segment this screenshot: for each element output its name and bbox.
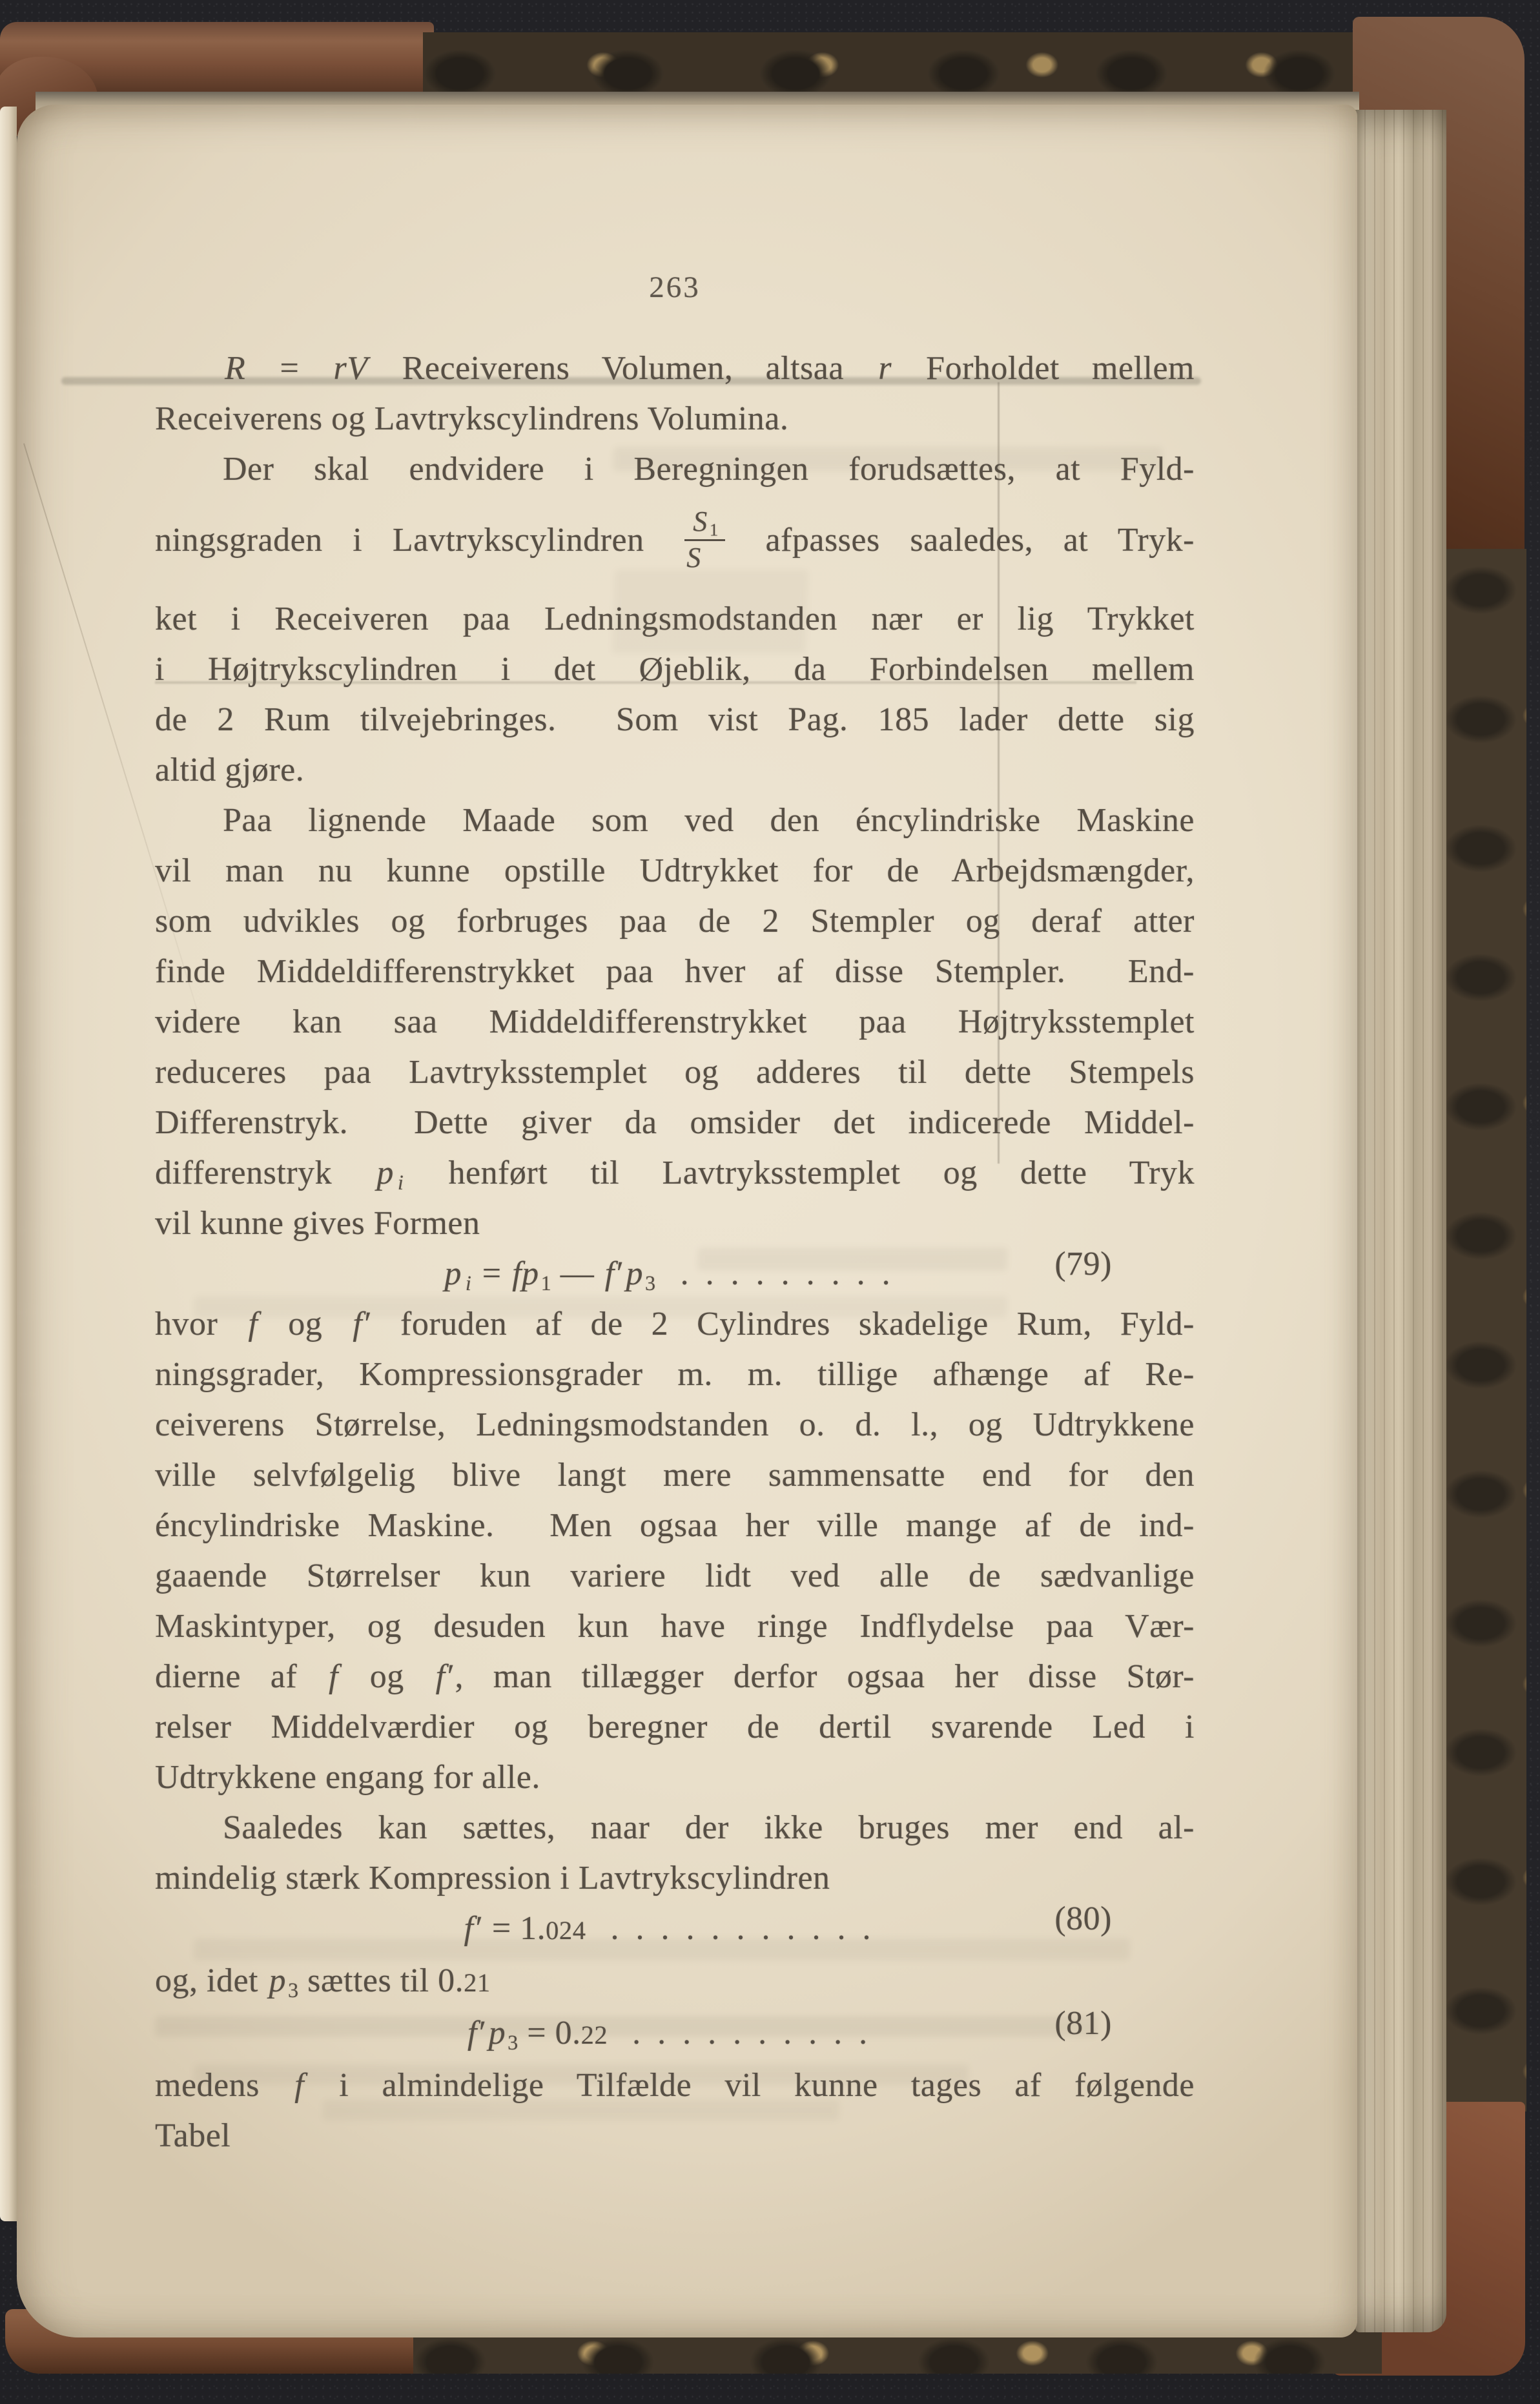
text-line: R = rV Receiverens Volumen, altsaa r For… bbox=[155, 344, 1195, 394]
text-line: Differenstryk. Dette giver da omsider de… bbox=[155, 1098, 1195, 1148]
text-line: mindelig stærk Kompression i Lavtrykscyl… bbox=[155, 1853, 1195, 1904]
equation-dots: .......... bbox=[632, 2015, 884, 2051]
book-page: 263 R = rV Receiverens Volumen, altsaa r… bbox=[17, 105, 1357, 2337]
text-line: ville selvfølgelig blive langt mere samm… bbox=[155, 1450, 1195, 1501]
text-line: i Højtrykscylindren i det Øjeblik, da Fo… bbox=[155, 644, 1195, 695]
equation-formula: f′p3 = 0.22 bbox=[466, 2015, 608, 2051]
text-line: hvor f og f′ foruden af de 2 Cylindres s… bbox=[155, 1299, 1195, 1350]
text-line: relser Middelværdier og beregner de dert… bbox=[155, 1702, 1195, 1752]
text-line: medens f i almindelige Tilfælde vil kunn… bbox=[155, 2060, 1195, 2111]
text-line: Receiverens og Lavtrykscylindrens Volumi… bbox=[155, 394, 1195, 444]
equation-number: (81) bbox=[1054, 1998, 1112, 2049]
text-line: Saaledes kan sættes, naar der ikke bruge… bbox=[155, 1803, 1195, 1853]
text-line: vil kunne gives Formen bbox=[155, 1198, 1195, 1249]
text-line: finde Middeldifferenstrykket paa hver af… bbox=[155, 947, 1195, 997]
equation-formula: pi = fp1 — f′p3 bbox=[442, 1255, 655, 1292]
text-line: videre kan saa Middeldifferenstrykket pa… bbox=[155, 997, 1195, 1047]
equation-formula: f′ = 1.024 bbox=[462, 1910, 586, 1947]
text-line: differenstryk pi henført til Lavtryksste… bbox=[155, 1148, 1195, 1198]
facing-page-edge bbox=[0, 107, 17, 2221]
text-line: Paa lignende Maade som ved den éncylindr… bbox=[155, 796, 1195, 846]
equation-line: pi = fp1 — f′p3.........(79) bbox=[155, 1249, 1195, 1299]
text-line: ningsgrader, Kompressionsgrader m. m. ti… bbox=[155, 1350, 1195, 1400]
text-line: Tabel bbox=[155, 2111, 1195, 2161]
text-line: ket i Receiveren paa Ledningsmodstanden … bbox=[155, 594, 1195, 644]
text-line: gaaende Størrelser kun variere lidt ved … bbox=[155, 1551, 1195, 1601]
page-number: 263 bbox=[155, 270, 1195, 305]
equation-line: f′ = 1.024...........(80) bbox=[155, 1904, 1195, 1956]
book-cover-right-marbled bbox=[1444, 549, 1526, 2111]
book-scan-photo: 263 R = rV Receiverens Volumen, altsaa r… bbox=[0, 0, 1540, 2404]
text-line: de 2 Rum tilvejebringes. Som vist Pag. 1… bbox=[155, 695, 1195, 745]
equation-dots: ........... bbox=[610, 1910, 887, 1947]
equation-dots: ......... bbox=[681, 1255, 907, 1292]
text-line: altid gjøre. bbox=[155, 745, 1195, 796]
text-line: ceiverens Størrelse, Ledningsmodstanden … bbox=[155, 1400, 1195, 1450]
equation-number: (79) bbox=[1054, 1239, 1112, 1289]
text-line: éncylindriske Maskine. Men ogsaa her vil… bbox=[155, 1501, 1195, 1551]
text-line: og, idet p3 sættes til 0.21 bbox=[155, 1956, 1195, 2008]
equation-number: (80) bbox=[1054, 1894, 1112, 1944]
equation-line: f′p3 = 0.22..........(81) bbox=[155, 2008, 1195, 2060]
text-line: vil man nu kunne opstille Udtrykket for … bbox=[155, 846, 1195, 896]
page-text: R = rV Receiverens Volumen, altsaa r For… bbox=[155, 344, 1195, 2161]
text-line: Udtrykkene engang for alle. bbox=[155, 1752, 1195, 1803]
page-block-right-edges bbox=[1355, 110, 1446, 2332]
text-line: ningsgraden i Lavtrykscylindren S1S afpa… bbox=[155, 495, 1195, 594]
text-line: som udvikles og forbruges paa de 2 Stemp… bbox=[155, 896, 1195, 947]
text-line: Der skal endvidere i Beregningen forudsæ… bbox=[155, 444, 1195, 495]
text-line: Maskintyper, og desuden kun have ringe I… bbox=[155, 1601, 1195, 1652]
text-line: dierne af f og f′, man tillægger derfor … bbox=[155, 1652, 1195, 1702]
text-line: reduceres paa Lavtryksstemplet og addere… bbox=[155, 1047, 1195, 1098]
